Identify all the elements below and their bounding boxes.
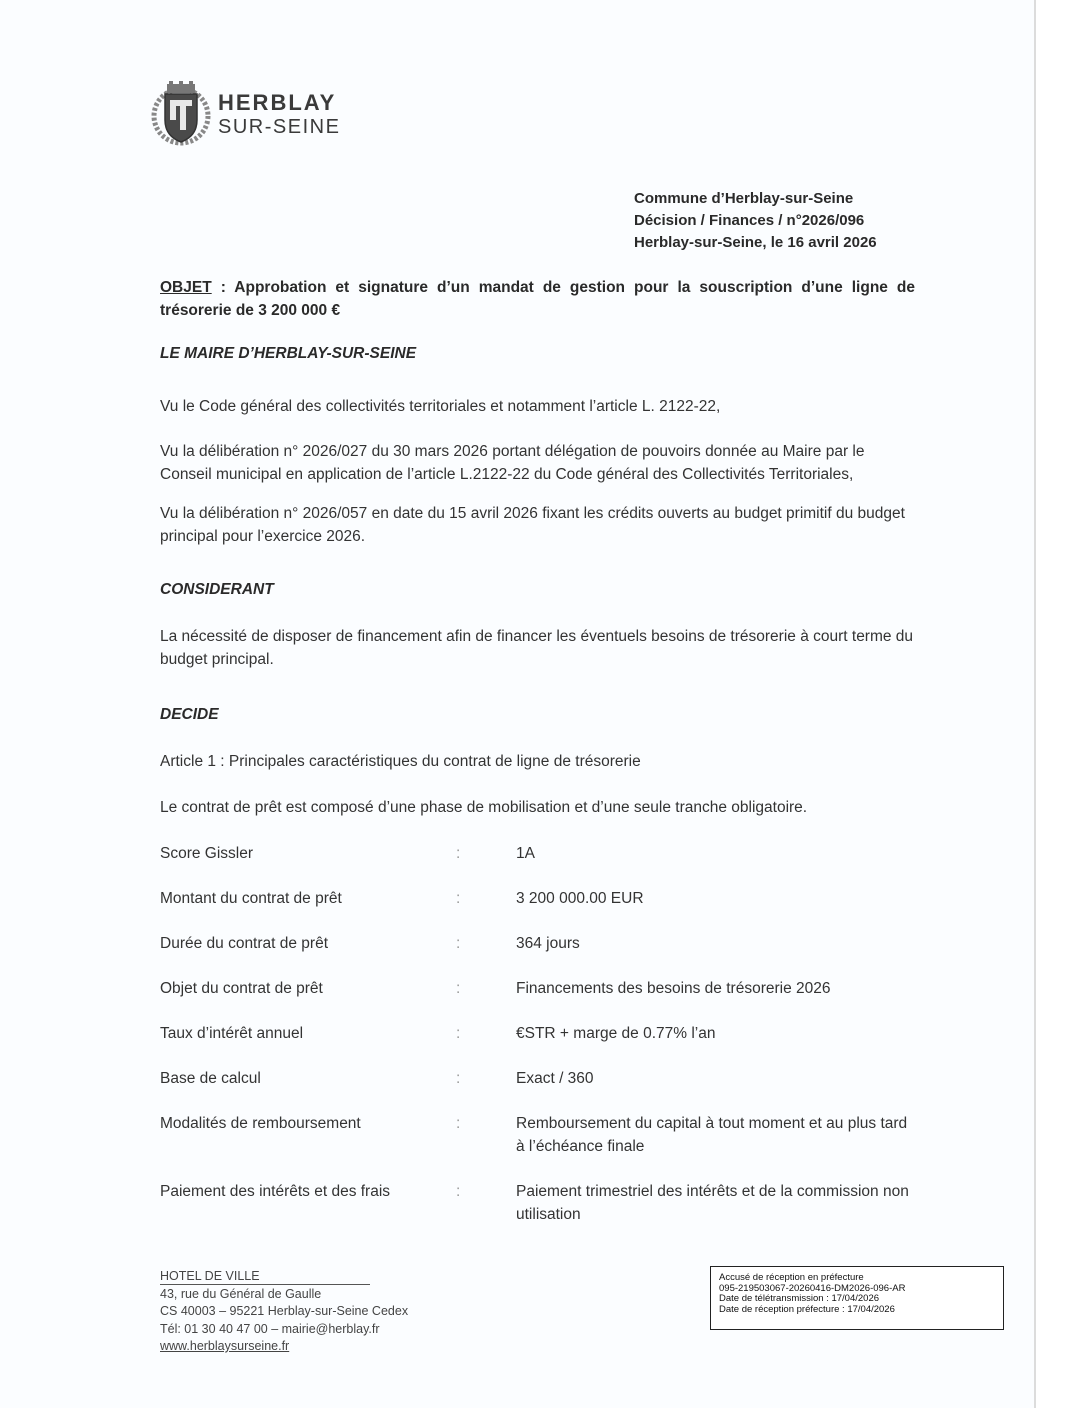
objet-label: OBJET xyxy=(160,279,212,296)
footer-title: HOTEL DE VILLE xyxy=(160,1269,370,1285)
article1-intro: Le contrat de prêt est composé d’une pha… xyxy=(160,797,915,820)
term-value: 364 jours xyxy=(516,933,916,956)
vu-paragraph-3: Vu la délibération n° 2026/057 en date d… xyxy=(160,503,915,548)
vu-paragraph-1: Vu le Code général des collectivités ter… xyxy=(160,396,915,419)
term-colon: : xyxy=(456,1113,460,1136)
ar-teletransmission: Date de télétransmission : 17/04/2026 xyxy=(719,1294,995,1305)
accuse-reception-box: Accusé de réception en préfecture 095-21… xyxy=(710,1266,1004,1330)
term-colon: : xyxy=(456,1068,460,1091)
term-colon: : xyxy=(456,933,460,956)
objet-paragraph: OBJET : Approbation et signature d’un ma… xyxy=(160,277,915,322)
term-value: Paiement trimestriel des intérêts et de … xyxy=(516,1181,916,1226)
term-colon: : xyxy=(456,888,460,911)
logo-line1: HERBLAY xyxy=(218,90,336,116)
place-date: Herblay-sur-Seine, le 16 avril 2026 xyxy=(634,232,877,254)
document-page: HERBLAY SUR-SEINE Commune d’Herblay-sur-… xyxy=(0,0,1036,1408)
footer-contact: Tél: 01 30 40 47 00 – mairie@herblay.fr xyxy=(160,1321,408,1339)
term-value: Financements des besoins de trésorerie 2… xyxy=(516,978,916,1001)
term-value: €STR + marge de 0.77% l’an xyxy=(516,1023,916,1046)
term-label: Objet du contrat de prêt xyxy=(160,978,323,1001)
ar-title: Accusé de réception en préfecture xyxy=(719,1273,995,1284)
term-value: Exact / 360 xyxy=(516,1068,916,1091)
decision-reference: Commune d’Herblay-sur-Seine Décision / F… xyxy=(634,188,877,254)
decide-heading: DECIDE xyxy=(160,706,219,724)
term-label: Paiement des intérêts et des frais xyxy=(160,1181,390,1204)
term-value: 1A xyxy=(516,843,916,866)
considerant-heading: CONSIDERANT xyxy=(160,581,274,599)
crest-icon xyxy=(150,80,212,148)
footer-website-link[interactable]: www.herblaysurseine.fr xyxy=(160,1338,408,1356)
footer-street: 43, rue du Général de Gaulle xyxy=(160,1286,408,1304)
term-label: Montant du contrat de prêt xyxy=(160,888,342,911)
herblay-logo: HERBLAY SUR-SEINE xyxy=(150,80,370,150)
term-label: Taux d’intérêt annuel xyxy=(160,1023,303,1046)
considerant-text: La nécessité de disposer de financement … xyxy=(160,626,915,671)
term-value: Remboursement du capital à tout moment e… xyxy=(516,1113,916,1158)
term-label: Modalités de remboursement xyxy=(160,1113,361,1136)
objet-text: Approbation et signature d’un mandat de … xyxy=(160,279,915,319)
ar-reception: Date de réception préfecture : 17/04/202… xyxy=(719,1305,995,1316)
maire-heading: LE MAIRE D’HERBLAY-SUR-SEINE xyxy=(160,345,416,363)
decision-number: Décision / Finances / n°2026/096 xyxy=(634,210,877,232)
footer-address: HOTEL DE VILLE 43, rue du Général de Gau… xyxy=(160,1268,408,1356)
footer-cedex: CS 40003 – 95221 Herblay-sur-Seine Cedex xyxy=(160,1303,408,1321)
term-colon: : xyxy=(456,978,460,1001)
term-label: Durée du contrat de prêt xyxy=(160,933,328,956)
term-label: Score Gissler xyxy=(160,843,253,866)
term-colon: : xyxy=(456,1023,460,1046)
term-value: 3 200 000.00 EUR xyxy=(516,888,916,911)
vu-paragraph-2: Vu la délibération n° 2026/027 du 30 mar… xyxy=(160,441,915,486)
term-label: Base de calcul xyxy=(160,1068,261,1091)
commune-name: Commune d’Herblay-sur-Seine xyxy=(634,188,877,210)
objet-separator: : xyxy=(212,279,235,296)
article1-title: Article 1 : Principales caractéristiques… xyxy=(160,751,915,774)
term-colon: : xyxy=(456,1181,460,1204)
logo-line2: SUR-SEINE xyxy=(218,116,340,139)
term-colon: : xyxy=(456,843,460,866)
